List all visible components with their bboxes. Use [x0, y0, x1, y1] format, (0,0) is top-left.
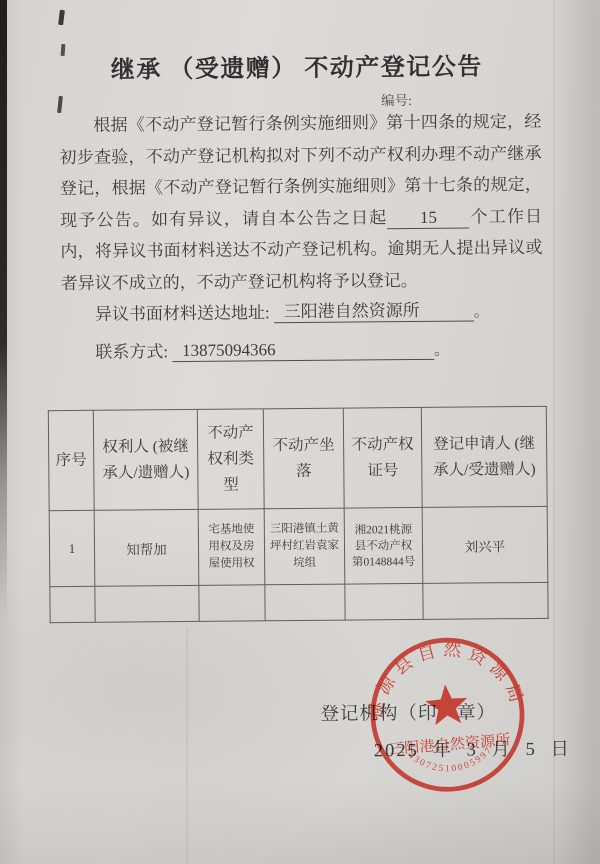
cell-cert-no: 湘2021桃源县不动产权第0148844号: [344, 507, 423, 584]
body-paragraph: 根据《不动产登记暂行条例实施细则》第十四条的规定，经初步查验，不动产登记机构拟对…: [59, 106, 543, 299]
photo-frame: 继承 （受遗赠） 不动产登记公告 编号: 根据《不动产登记暂行条例实施细则》第十…: [0, 0, 600, 864]
table-row: 1 知帮加 宅基地使用权及房屋使用权 三阳港镇土黄坪村红岩袁家垸组 湘2021桃…: [49, 506, 548, 586]
contact-value-blank: 13875094366: [172, 339, 434, 362]
contact-label: 联系方式:: [95, 342, 168, 362]
page-title: 继承 （受遗赠） 不动产登记公告: [0, 45, 597, 85]
cell-holder: 知帮加: [94, 509, 199, 586]
address-value-blank: 三阳港自然资源所: [274, 300, 474, 323]
cell-right-type: 宅基地使用权及房屋使用权: [198, 509, 265, 586]
contact-line: 联系方式:13875094366。: [95, 335, 449, 363]
address-label: 异议书面材料送达地址:: [95, 303, 270, 324]
table-header-seq: 序号: [48, 410, 94, 510]
table-header-applicant: 登记申请人 (继承人/受遗赠人): [421, 406, 547, 507]
official-seal: 桃源县自然资源局 三阳港自然资源所 43072510005997: [357, 624, 538, 805]
table-header-location: 不动产坐落: [263, 408, 344, 509]
period-mark: 。: [474, 304, 489, 320]
cell-location: 三阳港镇土黄坪村红岩袁家垸组: [264, 508, 345, 585]
seal-star-icon: [424, 683, 469, 726]
objection-address-line: 异议书面材料送达地址:三阳港自然资源所。: [95, 296, 489, 324]
table-header-cert-no: 不动产权证号: [343, 407, 422, 508]
table-header-holder: 权利人 (被继承人/遗赠人): [93, 409, 198, 510]
table-empty-row: [50, 582, 548, 622]
announcement-table: 序号 权利人 (被继承人/遗赠人) 不动产权利类型 不动产坐落 不动产权证号 登…: [48, 406, 549, 623]
cell-seq: 1: [49, 510, 95, 586]
period-mark: 。: [434, 343, 449, 359]
document-content: 继承 （受遗赠） 不动产登记公告 编号: 根据《不动产登记暂行条例实施细则》第十…: [0, 0, 600, 864]
table-header-right-type: 不动产权利类型: [197, 409, 264, 510]
table-header-row: 序号 权利人 (被继承人/遗赠人) 不动产权利类型 不动产坐落 不动产权证号 登…: [48, 406, 547, 510]
cell-applicant: 刘兴平: [422, 506, 548, 583]
paper-sheet: 继承 （受遗赠） 不动产登记公告 编号: 根据《不动产登记暂行条例实施细则》第十…: [0, 0, 600, 864]
objection-days-blank: 15: [387, 207, 469, 229]
